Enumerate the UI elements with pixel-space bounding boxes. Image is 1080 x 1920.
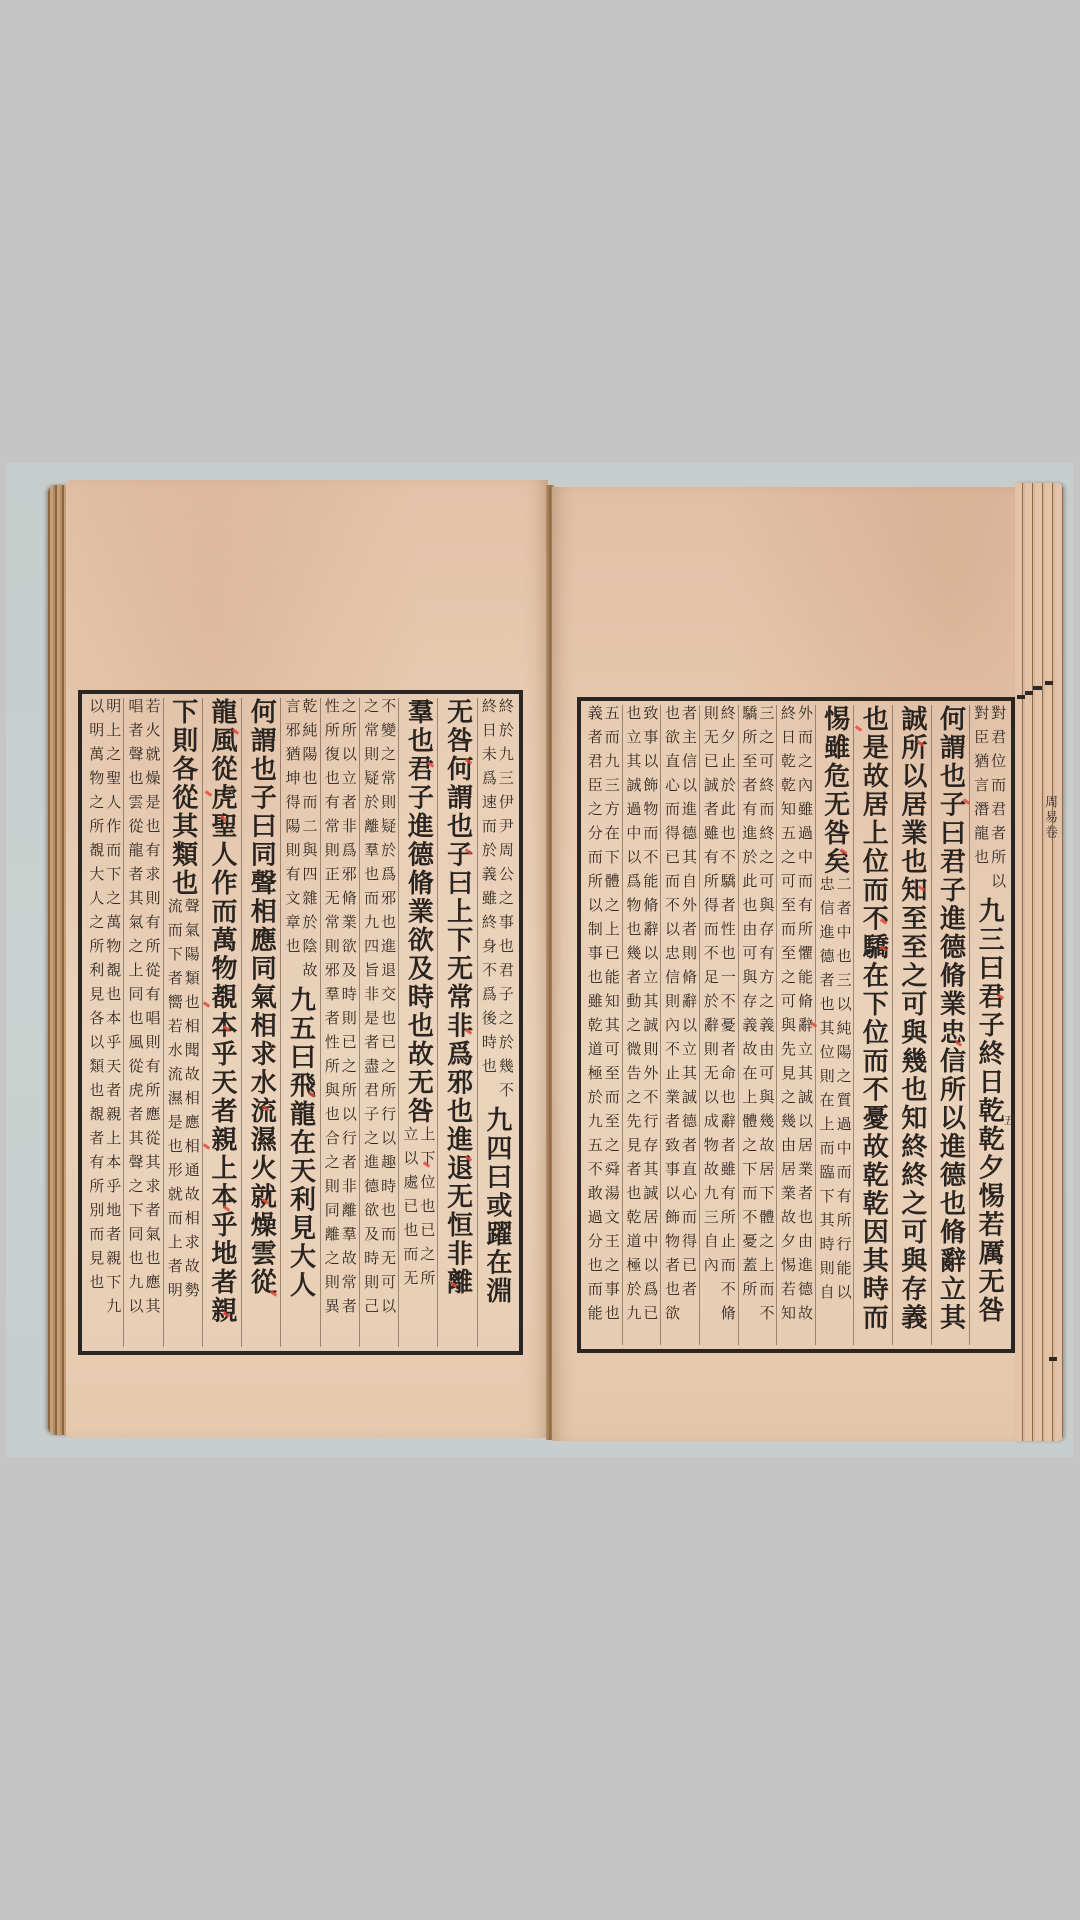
note-line-right: 明上之聖人作而下之萬物覩也本乎天者親上本乎地者親下九 <box>104 698 121 1322</box>
note-line-left: 驕所至者有進於此也由可與存義故在上體之下而不憂蓋所 <box>740 705 757 1329</box>
note-line-left: 也立其誠過中以爲物也幾者動之微告之先見者也乾道極於九 <box>624 705 641 1329</box>
page-number: 五 <box>1004 1115 1015 1126</box>
main-text: 惕雖危无咎矣 <box>817 705 853 876</box>
note-line-left: 以明萬物之所覩大人之所利見各以類也覩者有所別而見也 <box>87 698 104 1322</box>
text-column: 致事以飾物而不能脩辭以立其誠則外不行存其誠居中以爲已 也立其誠過中以爲物也幾者動… <box>622 705 661 1345</box>
commentary-note: 終夕止於此也不驕者性也一不憂者命也辭者雖有所止而不脩 則无已誠者雖有所得而不足於… <box>702 705 736 1329</box>
note-line-left: 言邪猶坤得陽則有文章也 <box>284 698 301 986</box>
text-column: 无咎何謂也子曰上下无常非爲邪也進退无恒非離 <box>437 698 476 1347</box>
text-column: 羣也君子進德脩業欲及時也故无咎 上下位也已之所 立以處已也而无 <box>398 698 437 1347</box>
commentary-note: 之所以立者非爲邪脩業欲及時則已之所以行者非離羣故常者 性所復也有常則正无常則邪羣… <box>323 698 357 1322</box>
text-column: 也是故居上位而不驕在下位而不憂故乾乾因其時而 <box>853 705 892 1345</box>
right-page-text-frame: 對君位而君者所以 對臣猶言潛龍也 九三曰君子終日乾乾夕惕若厲无咎 何謂也子曰君子… <box>577 697 1015 1353</box>
underlying-frame-mark <box>1025 691 1033 695</box>
text-column: 何謂也子曰同聲相應同氣相求水流濕火就燥雲從 <box>241 698 280 1347</box>
text-column: 惕雖危无咎矣 二者中也三以純陽之質過中而有所行能以 忠信進德者也其位則在上而臨下… <box>815 705 854 1345</box>
main-text: 下則各從其類也 <box>165 698 201 898</box>
note-line-right: 致事以飾物而不能脩辭以立其誠則外不行存其誠居中以爲已 <box>641 705 658 1329</box>
main-text: 九五曰飛龍在天利見大人 <box>283 986 319 1300</box>
right-page: 對君位而君者所以 對臣猶言潛龍也 九三曰君子終日乾乾夕惕若厲无咎 何謂也子曰君子… <box>552 487 1022 1441</box>
text-column: 之所以立者非爲邪脩業欲及時則已之所以行者非離羣故常者 性所復也有常則正无常則邪羣… <box>320 698 359 1347</box>
commentary-note: 乾純陽也而二與四雜於陰故 言邪猶坤得陽則有文章也 <box>284 698 318 986</box>
text-column: 終夕止於此也不驕者性也一不憂者命也辭者雖有所止而不脩 則无已誠者雖有所得而不足於… <box>699 705 738 1345</box>
underlying-frame-mark <box>1049 1357 1057 1361</box>
note-line-left: 對臣猶言潛龍也 <box>972 705 989 897</box>
note-line-left: 則无已誠者雖有所得而不足於辭則无以成物故九三自內 <box>702 705 719 1329</box>
text-column: 者主信以進德其自外者則脩辭以立其誠德者直心而得已者 也欲直心而得已而不以忠信則內… <box>660 705 699 1345</box>
text-column: 明上之聖人作而下之萬物覩也本乎天者親上本乎地者親下九 以明萬物之所覩大人之所利見… <box>85 698 123 1347</box>
note-line-left: 性所復也有常則正无常則邪羣者性所與也合之則同離之則異 <box>323 698 340 1322</box>
commentary-note: 對君位而君者所以 對臣猶言潛龍也 <box>972 705 1006 897</box>
text-column: 不變之常則疑於爲邪也進退交也已之所行以趣時也而无可以 之常則疑於離羣也而九四旨非… <box>359 698 398 1347</box>
main-text: 无咎何謂也子曰上下无常非爲邪也進退无恒非離 <box>440 698 476 1297</box>
main-text: 誠所以居業也知至至之可與幾也知終終之可與存義 <box>894 705 930 1332</box>
note-line-left: 立以處已也而无 <box>401 1126 418 1294</box>
left-page-text-frame: 終於九三伊尹周公之事也君子之於幾不 終日未爲速而於義雖終身不爲後時也 九四曰或躍… <box>78 690 523 1355</box>
note-line-right: 乾純陽也而二與四雜於陰故 <box>301 698 318 986</box>
note-line-right: 外而之內雖過中而有所懼能脩辭立其誠以居業者也由進德故 <box>796 705 813 1329</box>
commentary-note: 終於九三伊尹周公之事也君子之於幾不 終日未爲速而於義雖終身不爲後時也 <box>480 698 514 1106</box>
note-line-right: 三之可終而終之可與存有方之義由可與幾故居下體之上而不 <box>757 705 774 1329</box>
commentary-note: 若火就燥是也有求則有所從有唱則有所應從其求者氣也應其 唱者聲也雲從龍者其氣之上同… <box>126 698 160 1322</box>
commentary-note: 不變之常則疑於爲邪也進退交也已之所行以趣時也而无可以 之常則疑於離羣也而九四旨非… <box>362 698 396 1322</box>
commentary-note: 三之可終而終之可與存有方之義由可與幾故居下體之上而不 驕所至者有進於此也由可與存… <box>740 705 774 1329</box>
commentary-note: 聲氣陽類也相聞故相應相通故相求故勢 流而下者嚮若水流濕是也形就而上者明 <box>166 898 200 1306</box>
book-photo[interactable]: 終於九三伊尹周公之事也君子之於幾不 終日未爲速而於義雖終身不爲後時也 九四曰或躍… <box>6 463 1073 1457</box>
note-line-right: 終於九三伊尹周公之事也君子之於幾不 <box>497 698 514 1106</box>
note-line-left: 終日乾乾知五之可至而至之可與先見之幾由居業故夕惕若知 <box>779 705 796 1329</box>
text-column: 終於九三伊尹周公之事也君子之於幾不 終日未爲速而於義雖終身不爲後時也 九四曰或躍… <box>477 698 516 1347</box>
note-line-left: 唱者聲也雲從龍者其氣之上同也風從虎者其聲之下同也九以 <box>126 698 143 1322</box>
commentary-note: 上下位也已之所 立以處已也而无 <box>401 1126 435 1294</box>
commentary-note: 五而九三方在下體之上已能知其可至而至之舜湯文王之事也 義者君臣之分而所以制事也雖… <box>586 705 620 1329</box>
text-column: 乾純陽也而二與四雜於陰故 言邪猶坤得陽則有文章也 九五曰飛龍在天利見大人 <box>280 698 319 1347</box>
main-text: 何謂也子曰同聲相應同氣相求水流濕火就燥雲從 <box>243 698 279 1297</box>
note-line-right: 聲氣陽類也相聞故相應相通故相求故勢 <box>183 898 200 1306</box>
note-line-left: 也欲直心而得已而不以忠信則內不止業者致事以飾物者也欲 <box>663 705 680 1329</box>
left-page: 終於九三伊尹周公之事也君子之於幾不 終日未爲速而於義雖終身不爲後時也 九四曰或躍… <box>66 480 548 1438</box>
text-column: 下則各從其類也 聲氣陽類也相聞故相應相通故相求故勢 流而下者嚮若水流濕是也形就而… <box>163 698 202 1347</box>
text-column: 若火就燥是也有求則有所從有唱則有所應從其求者氣也應其 唱者聲也雲從龍者其氣之上同… <box>123 698 162 1347</box>
note-line-right: 不變之常則疑於爲邪也進退交也已之所行以趣時也而无可以 <box>379 698 396 1322</box>
underlying-frame-mark <box>1045 681 1053 685</box>
book-block-right-edge <box>1015 483 1063 1441</box>
fore-edge-title: 周易卷 <box>1042 795 1056 840</box>
commentary-note: 二者中也三以純陽之質過中而有所行能以 忠信進德者也其位則在上而臨下其時則自 <box>818 876 852 1308</box>
note-line-right: 對君位而君者所以 <box>989 705 1006 897</box>
note-line-left: 終日未爲速而於義雖終身不爲後時也 <box>480 698 497 1106</box>
note-line-right: 者主信以進德其自外者則脩辭以立其誠德者直心而得已者 <box>680 705 697 1329</box>
underlying-frame-mark <box>1033 686 1042 690</box>
text-column: 三之可終而終之可與存有方之義由可與幾故居下體之上而不 驕所至者有進於此也由可與存… <box>738 705 777 1345</box>
main-text: 九四曰或躍在淵 <box>479 1106 515 1306</box>
text-column: 五而九三方在下體之上已能知其可至而至之舜湯文王之事也 義者君臣之分而所以制事也雖… <box>584 705 622 1345</box>
main-text: 也是故居上位而不驕在下位而不憂故乾乾因其時而 <box>855 705 891 1332</box>
note-line-left: 義者君臣之分而所以制事也雖乾道極於九五不敢過分也而能 <box>586 705 603 1329</box>
text-column: 外而之內雖過中而有所懼能脩辭立其誠以居業者也由進德故 終日乾乾知五之可至而至之可… <box>776 705 815 1345</box>
commentary-note: 者主信以進德其自外者則脩辭以立其誠德者直心而得已者 也欲直心而得已而不以忠信則內… <box>663 705 697 1329</box>
commentary-note: 明上之聖人作而下之萬物覩也本乎天者親上本乎地者親下九 以明萬物之所覩大人之所利見… <box>87 698 121 1322</box>
text-column: 對君位而君者所以 對臣猶言潛龍也 九三曰君子終日乾乾夕惕若厲无咎 <box>969 705 1008 1345</box>
note-line-right: 之所以立者非爲邪脩業欲及時則已之所以行者非離羣故常者 <box>340 698 357 1322</box>
underlying-frame-mark <box>1017 695 1025 699</box>
note-line-right: 終夕止於此也不驕者性也一不憂者命也辭者雖有所止而不脩 <box>719 705 736 1329</box>
note-line-left: 忠信進德者也其位則在上而臨下其時則自 <box>818 876 835 1308</box>
note-line-right: 上下位也已之所 <box>418 1126 435 1294</box>
note-line-right: 若火就燥是也有求則有所從有唱則有所應從其求者氣也應其 <box>143 698 160 1322</box>
commentary-note: 外而之內雖過中而有所懼能脩辭立其誠以居業者也由進德故 終日乾乾知五之可至而至之可… <box>779 705 813 1329</box>
note-line-right: 五而九三方在下體之上已能知其可至而至之舜湯文王之事也 <box>603 705 620 1329</box>
note-line-right: 二者中也三以純陽之質過中而有所行能以 <box>835 876 852 1308</box>
main-text: 九三曰君子終日乾乾夕惕若厲无咎 <box>971 897 1007 1325</box>
note-line-left: 之常則疑於離羣也而九四旨非是者盡君子之進德欲及時則己 <box>362 698 379 1322</box>
text-column: 誠所以居業也知至至之可與幾也知終終之可與存義 <box>892 705 931 1345</box>
note-line-left: 流而下者嚮若水流濕是也形就而上者明 <box>166 898 183 1306</box>
commentary-note: 致事以飾物而不能脩辭以立其誠則外不行存其誠居中以爲已 也立其誠過中以爲物也幾者動… <box>624 705 658 1329</box>
